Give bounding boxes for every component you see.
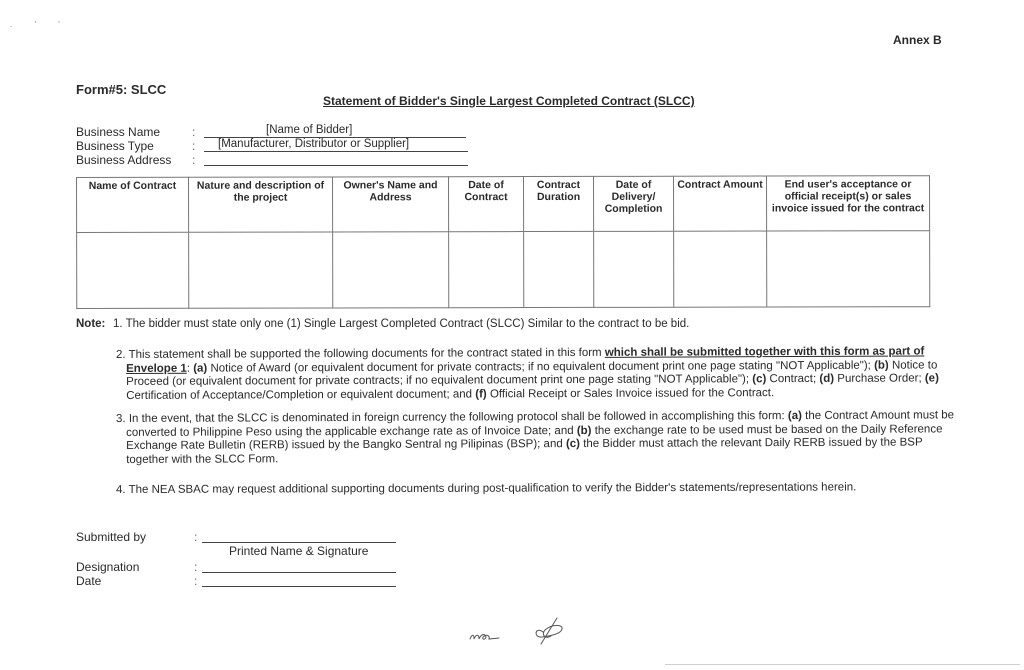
form-id: Form#5: SLCC bbox=[76, 82, 166, 97]
col-date-delivery-completion: Date of Delivery/ Completion bbox=[593, 176, 673, 231]
note-1-text: 1. The bidder must state only one (1) Si… bbox=[113, 318, 953, 332]
annex-label: Annex B bbox=[893, 33, 942, 47]
col-nature-description: Nature and description of the project bbox=[189, 177, 333, 232]
date-label: Date bbox=[76, 574, 194, 588]
note-2: 2. This statement shall be supported the… bbox=[116, 345, 956, 403]
cell-date-of-contract[interactable] bbox=[449, 232, 524, 308]
business-type-row: Business Type : [Manufacturer, Distribut… bbox=[76, 139, 468, 153]
business-type-label: Business Type bbox=[76, 139, 192, 153]
cell-owner-name-address[interactable] bbox=[333, 232, 449, 308]
col-contract-duration: Contract Duration bbox=[524, 176, 594, 231]
initials-mark-1 bbox=[470, 635, 499, 640]
cell-end-user-acceptance[interactable] bbox=[767, 231, 930, 307]
cell-contract-amount[interactable] bbox=[674, 231, 767, 307]
page-title: Statement of Bidder's Single Largest Com… bbox=[323, 94, 695, 108]
handwritten-initials bbox=[465, 612, 585, 652]
business-type-field[interactable]: [Manufacturer, Distributor or Supplier] bbox=[204, 139, 468, 152]
scan-specks: . ' ' bbox=[10, 20, 70, 29]
colon: : bbox=[194, 530, 197, 544]
business-info: Business Name : [Name of Bidder] Busines… bbox=[76, 125, 468, 167]
date-field[interactable] bbox=[202, 574, 396, 587]
col-end-user-acceptance: End user's acceptance or official receip… bbox=[766, 176, 929, 231]
cell-name-of-contract[interactable] bbox=[77, 232, 189, 308]
submitted-by-field[interactable] bbox=[202, 530, 396, 543]
colon: : bbox=[194, 560, 197, 574]
business-name-value: [Name of Bidder] bbox=[266, 123, 352, 137]
note-1: 1. The bidder must state only one (1) Si… bbox=[113, 318, 953, 332]
colon: : bbox=[192, 139, 204, 153]
cell-date-delivery-completion[interactable] bbox=[594, 231, 674, 307]
note-2-text: 2. This statement shall be supported the… bbox=[116, 345, 956, 403]
printed-name-caption: Printed Name & Signature bbox=[229, 544, 368, 558]
business-address-label: Business Address bbox=[76, 153, 192, 167]
colon: : bbox=[192, 153, 204, 167]
note-label: Note: bbox=[76, 318, 105, 332]
table-row bbox=[77, 231, 930, 309]
business-type-value: [Manufacturer, Distributor or Supplier] bbox=[218, 137, 409, 151]
cell-nature-description[interactable] bbox=[189, 232, 333, 308]
submitted-by-row: Submitted by : Printed Name & Signature bbox=[76, 530, 194, 544]
colon: : bbox=[192, 125, 204, 139]
col-contract-amount: Contract Amount bbox=[673, 176, 766, 231]
slcc-table: Name of Contract Nature and description … bbox=[76, 175, 930, 309]
submitted-by-label: Submitted by bbox=[76, 530, 194, 544]
designation-field[interactable] bbox=[202, 560, 396, 573]
business-name-label: Business Name bbox=[76, 125, 192, 139]
note-3: 3. In the event, that the SLCC is denomi… bbox=[116, 409, 956, 467]
col-date-of-contract: Date of Contract bbox=[449, 177, 524, 232]
designation-label: Designation bbox=[76, 560, 194, 574]
note-4-text: 4. The NEA SBAC may request additional s… bbox=[116, 481, 956, 497]
note-4: 4. The NEA SBAC may request additional s… bbox=[116, 481, 956, 497]
scan-edge-line bbox=[665, 664, 1020, 665]
business-address-row: Business Address : bbox=[76, 153, 468, 167]
table-header-row: Name of Contract Nature and description … bbox=[77, 176, 930, 233]
colon: : bbox=[194, 574, 197, 588]
business-address-field[interactable] bbox=[204, 153, 468, 166]
designation-row: Designation : bbox=[76, 560, 194, 574]
signature-stroke bbox=[541, 618, 557, 644]
note-3-text: 3. In the event, that the SLCC is denomi… bbox=[116, 409, 956, 467]
col-name-of-contract: Name of Contract bbox=[77, 177, 189, 232]
date-row: Date : bbox=[76, 574, 194, 588]
cell-contract-duration[interactable] bbox=[524, 231, 594, 307]
col-owner-name-address: Owner's Name and Address bbox=[333, 177, 449, 232]
